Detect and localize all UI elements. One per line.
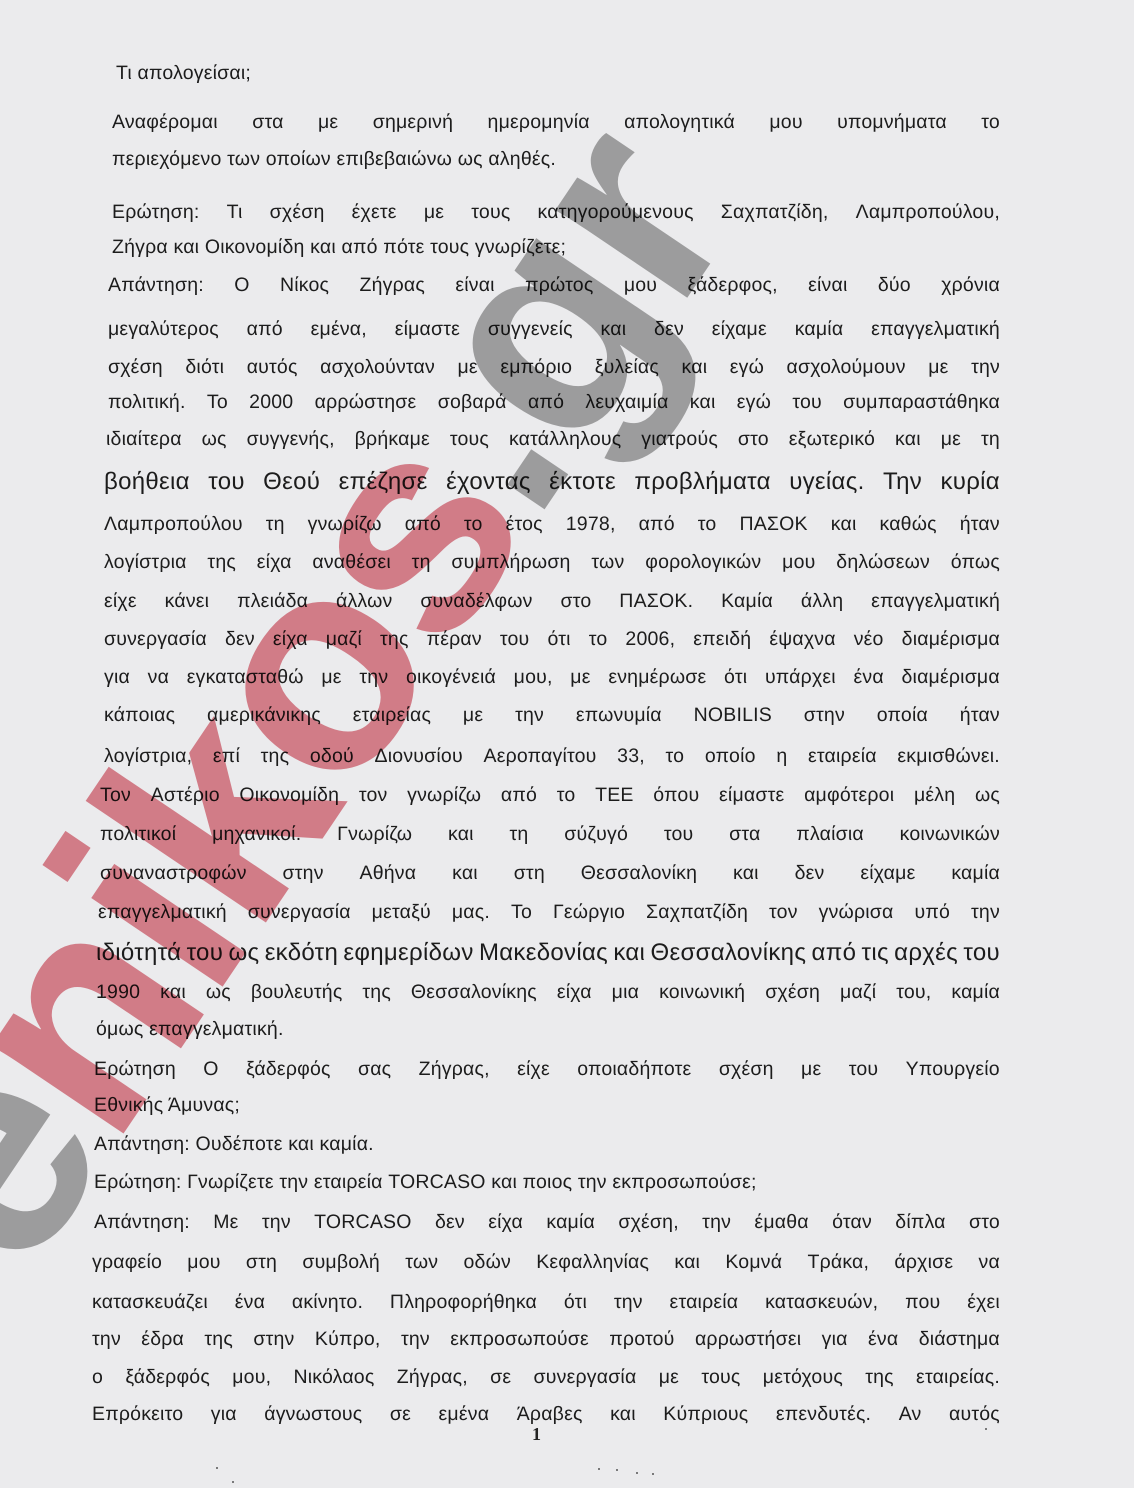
word: Θεσσαλονίκης <box>651 941 807 965</box>
word: στα <box>729 825 760 845</box>
word: σχέση <box>719 1060 774 1080</box>
word: Λαμπροπούλου, <box>856 203 1000 223</box>
word: και <box>733 864 759 884</box>
document-line: τηνέδρατηςστηνΚύπρο,τηνεκπροσωπούσεπροτο… <box>92 1330 1000 1350</box>
word: 1978, <box>566 515 616 535</box>
word: με <box>570 668 590 688</box>
document-line: σχέσηδιότιαυτόςασχολούντανμεεμπόριοξυλεί… <box>108 358 1000 378</box>
word: ως <box>228 941 259 965</box>
document-line: ΕρώτησηΟξάδερφόςσαςΖήγρας,είχεοποιαδήποτ… <box>94 1060 1000 1080</box>
word: κάνει <box>165 592 210 612</box>
word: την <box>359 668 388 688</box>
word: τους <box>701 1368 740 1388</box>
word: έτος <box>506 515 543 535</box>
word: αυτός <box>247 358 298 378</box>
word: την <box>262 1213 291 1233</box>
word: Υπουργείο <box>906 1060 1000 1080</box>
word: κατασκευών, <box>765 1293 878 1313</box>
word: σε <box>390 1405 411 1425</box>
word: τους <box>450 430 489 450</box>
document-line: 1990καιωςβουλευτήςτηςΘεσσαλονίκηςείχαμια… <box>96 983 1000 1003</box>
word: καμία <box>951 864 1000 884</box>
word: ως <box>206 983 231 1003</box>
word: την <box>702 1213 731 1233</box>
word: άλλων <box>336 592 392 612</box>
word: δίπλα <box>895 1213 945 1233</box>
word: στη <box>246 1253 277 1273</box>
word: σύζυγό <box>564 825 628 845</box>
word: σημερινή <box>373 113 453 133</box>
word: συνεργασία <box>248 903 351 923</box>
word: εγώ <box>730 358 764 378</box>
word: για <box>822 1330 848 1350</box>
word: Ερώτηση <box>94 1060 176 1080</box>
word: ΠΑΣΟΚ <box>739 515 807 535</box>
word: κοινωνικών <box>900 825 1000 845</box>
word: με <box>463 706 483 726</box>
word: εταιρεία <box>670 1293 739 1313</box>
word: γιατρούς <box>641 430 718 450</box>
word: συμβολή <box>302 1253 380 1273</box>
word: Αν <box>899 1405 922 1425</box>
word: Άραβες <box>517 1405 583 1425</box>
document-line: Ερώτηση: Γνωρίζετε την εταιρεία TORCASO … <box>94 1173 757 1193</box>
word: εταιρείας <box>353 706 431 726</box>
word: προτού <box>609 1330 674 1350</box>
word: εξωτερικό <box>789 430 875 450</box>
word: οποία <box>877 706 928 726</box>
word: τους <box>471 203 510 223</box>
word: όπως <box>951 553 1000 573</box>
scan-speck <box>636 1472 638 1474</box>
word: μου <box>624 276 657 296</box>
word: της <box>362 983 391 1003</box>
word: σχέση, <box>618 1213 678 1233</box>
word: Θεσσαλονίκης <box>411 983 537 1003</box>
document-line: κάποιαςαμερικάνικηςεταιρείαςμετηνεπωνυμί… <box>104 706 1000 726</box>
word: υπομνήματα <box>837 113 947 133</box>
word: του <box>963 941 1000 965</box>
word: Θεού <box>263 470 320 494</box>
word: Επρόκειτο <box>92 1405 183 1425</box>
word: ένα <box>853 668 883 688</box>
word: αρρώστησε <box>315 393 417 413</box>
document-line: γραφείομουστησυμβολήτωνοδώνΚεφαλληνίαςκα… <box>92 1253 1000 1273</box>
word: το <box>698 515 717 535</box>
word: επωνυμία <box>576 706 662 726</box>
word: αναθέσει <box>312 553 391 573</box>
word: καμία <box>951 983 1000 1003</box>
word: αρχές <box>894 941 958 965</box>
word: δύο <box>878 276 911 296</box>
word: οικογένειά <box>406 668 496 688</box>
word: του <box>187 941 224 965</box>
word: έκτοτε <box>549 470 616 494</box>
word: μια <box>612 983 639 1003</box>
word: πλειάδα <box>237 592 308 612</box>
word: και <box>895 430 921 450</box>
word: την <box>614 1293 643 1313</box>
scan-speck <box>232 1481 234 1483</box>
word: χρόνια <box>941 276 1000 296</box>
document-line: ιδιότητάτουωςεκδότηεφημερίδωνΜακεδονίαςκ… <box>96 941 1000 965</box>
word: εκμισθώνει. <box>897 747 1000 767</box>
word: για <box>211 1405 237 1425</box>
word: Σαχπατζίδη, <box>721 203 829 223</box>
word: είχα <box>488 1213 523 1233</box>
word: Ερώτηση: <box>112 203 200 223</box>
word: έχοντας <box>446 470 531 494</box>
scan-speck <box>652 1473 654 1475</box>
word: εμένα, <box>311 320 367 340</box>
word: σχέση <box>108 358 163 378</box>
word: γνώρισα <box>819 903 894 923</box>
word: εταιρεία <box>808 747 877 767</box>
word: Τι <box>227 203 243 223</box>
word: Ζήγρας, <box>397 1368 468 1388</box>
word: ότι <box>564 1293 587 1313</box>
word: της <box>261 747 290 767</box>
word: την <box>971 358 1000 378</box>
word: Νικόλαος <box>293 1368 374 1388</box>
word: του <box>500 630 530 650</box>
word: TORCASO <box>314 1213 411 1233</box>
word: Την <box>883 470 922 494</box>
word: και <box>452 864 478 884</box>
word: Γεώργιο <box>553 903 625 923</box>
word: από <box>528 393 564 413</box>
word: έψαχνα <box>769 630 835 650</box>
word: επαγγελματική <box>98 903 227 923</box>
word: με <box>941 430 961 450</box>
word: άρχισε <box>894 1253 953 1273</box>
document-line: συνεργασίαδενείχαμαζίτηςπέραντουότιτο200… <box>104 630 1000 650</box>
word: οποίο <box>705 747 756 767</box>
word: με <box>928 358 948 378</box>
word: ιδιαίτερα <box>106 430 182 450</box>
word: πέραν <box>427 630 482 650</box>
word: ήταν <box>960 515 1000 535</box>
word: 2006, <box>625 630 675 650</box>
word: δεν <box>225 630 255 650</box>
word: κυρία <box>941 470 1000 494</box>
word: ένα <box>235 1293 265 1313</box>
word: με <box>318 113 338 133</box>
word: προβλήματα <box>634 470 770 494</box>
word: δεν <box>795 864 825 884</box>
word: Με <box>213 1213 238 1233</box>
word: στη <box>514 864 545 884</box>
word: έχετε <box>352 203 397 223</box>
word: ως <box>975 786 1000 806</box>
document-line: περιεχόμενο των οποίων επιβεβαιώνω ως αλ… <box>112 150 556 170</box>
word: η <box>776 747 787 767</box>
word: κατάλληλους <box>509 430 621 450</box>
word: να <box>979 1253 1000 1273</box>
word: ξάδερφός <box>246 1060 331 1080</box>
word: ακίνητο. <box>292 1293 363 1313</box>
word: ήταν <box>960 706 1000 726</box>
word: Ο <box>203 1060 218 1080</box>
document-line: Ερώτηση:Τισχέσηέχετεμετουςκατηγορούμενου… <box>112 203 1000 223</box>
word: στα <box>252 113 283 133</box>
word: 1990 <box>96 983 140 1003</box>
word: Ζήγρας, <box>419 1060 490 1080</box>
word: στο <box>969 1213 1000 1233</box>
word: όταν <box>832 1213 872 1233</box>
scanned-document-page: Τι απολογείσαι;Αναφέρομαισταμεσημερινήημ… <box>0 0 1134 1488</box>
word: ασχολούμουν <box>787 358 906 378</box>
word: άγνωστους <box>264 1405 362 1425</box>
word: Κύπριους <box>663 1405 748 1425</box>
word: που <box>905 1293 940 1313</box>
word: επί <box>213 747 240 767</box>
word: δεν <box>654 320 684 340</box>
word: και <box>682 358 708 378</box>
word: το <box>464 515 483 535</box>
word: διαμέρισμα <box>901 668 999 688</box>
word: Το <box>207 393 228 413</box>
word: με <box>424 203 444 223</box>
word: επαγγελματική <box>871 320 1000 340</box>
document-line: μεγαλύτεροςαπόεμένα,είμαστεσυγγενείςκαιδ… <box>108 320 1000 340</box>
word: Μακεδονίας <box>479 941 608 965</box>
word: μηχανικοί. <box>212 825 301 845</box>
word: σχέση <box>270 203 325 223</box>
word: επέζησε <box>339 470 428 494</box>
word: Οικονομίδη <box>239 786 339 806</box>
word: Τράκα, <box>807 1253 869 1273</box>
document-line: λογίστριατηςείχααναθέσειτησυμπλήρωσητωνφ… <box>104 553 1000 573</box>
word: των <box>405 1253 438 1273</box>
word: Νίκος <box>280 276 329 296</box>
word: οδού <box>310 747 354 767</box>
word: δεν <box>435 1213 465 1233</box>
word: καμία <box>795 320 844 340</box>
word: συναδέλφων <box>420 592 532 612</box>
word: από <box>501 786 537 806</box>
word: αμερικάνικης <box>207 706 321 726</box>
word: Αθήνα <box>360 864 417 884</box>
word: σοβαρά <box>438 393 507 413</box>
word: μέλη <box>914 786 955 806</box>
word: επειδή <box>693 630 751 650</box>
word: μου, <box>514 668 553 688</box>
word: Διονυσίου <box>375 747 463 767</box>
word: εμένα <box>439 1405 490 1425</box>
word: Καμία <box>721 592 773 612</box>
document-line: συναναστροφώνστηνΑθήνακαιστηΘεσσαλονίκηκ… <box>100 864 1000 884</box>
word: είχα <box>557 983 592 1003</box>
word: τις <box>862 941 889 965</box>
word: ότι <box>724 668 747 688</box>
word: επαγγελματική <box>871 592 1000 612</box>
word: αυτός <box>949 1405 1000 1425</box>
word: να <box>148 668 169 688</box>
scan-speck <box>985 1428 987 1430</box>
word: ως <box>202 430 227 450</box>
word: και <box>601 320 627 340</box>
word: του <box>208 470 245 494</box>
word: συμπαραστάθηκα <box>843 393 1000 413</box>
word: τη <box>981 430 1000 450</box>
word: είχε <box>517 1060 550 1080</box>
word: Γνωρίζω <box>337 825 412 845</box>
document-line: λογίστρια,επίτηςοδούΔιονυσίουΑεροπαγίτου… <box>104 747 1000 767</box>
word: συγγενείς <box>488 320 573 340</box>
word: εφημερίδων <box>343 941 473 965</box>
word: με <box>659 1368 679 1388</box>
word: καθώς <box>879 515 936 535</box>
word: και <box>674 1253 700 1273</box>
word: τη <box>412 553 431 573</box>
word: λογίστρια <box>104 553 187 573</box>
document-line: πολιτικοίμηχανικοί.Γνωρίζωκαιτησύζυγότου… <box>100 825 1000 845</box>
word: υπάρχει <box>765 668 836 688</box>
document-line: Απάντηση:ΟΝίκοςΖήγραςείναιπρώτοςμουξάδερ… <box>108 276 1000 296</box>
document-line: κατασκευάζειέναακίνητο.Πληροφορήθηκαότιτ… <box>92 1293 1000 1313</box>
word: του, <box>896 983 931 1003</box>
document-line: Τι απολογείσαι; <box>116 64 251 84</box>
word: εκδότη <box>265 941 338 965</box>
word: Κομνά <box>725 1253 782 1273</box>
word: βρήκαμε <box>355 430 430 450</box>
word: βοήθεια <box>104 470 190 494</box>
word: Απάντηση: <box>108 276 204 296</box>
word: κοινωνική <box>659 983 745 1003</box>
word: από <box>247 320 283 340</box>
word: με <box>801 1060 821 1080</box>
word: μου <box>769 113 802 133</box>
word: Κύπρο, <box>315 1330 381 1350</box>
word: και <box>690 393 716 413</box>
document-line: ΤονΑστέριοΟικονομίδητονγνωρίζωαπότοΤΕΕόπ… <box>100 786 1000 806</box>
document-line: πολιτική.Το2000αρρώστησεσοβαράαπόλευχαιμ… <box>108 393 1000 413</box>
word: δηλώσεων <box>836 553 930 573</box>
document-line: ΕπρόκειτογιαάγνωστουςσεεμέναΆραβεςκαιΚύπ… <box>92 1405 1000 1425</box>
word: στην <box>253 1330 294 1350</box>
word: Λαμπροπούλου <box>104 515 243 535</box>
word: του <box>664 825 694 845</box>
word: μαζί <box>326 630 362 650</box>
word: τη <box>266 515 285 535</box>
document-line: Εθνικής Άμυνας; <box>94 1096 240 1116</box>
word: στην <box>804 706 845 726</box>
word: σε <box>490 1368 511 1388</box>
word: από <box>812 941 857 965</box>
word: ξάδερφος, <box>688 276 778 296</box>
word: τη <box>510 825 529 845</box>
word: NOBILIS <box>694 706 772 726</box>
word: Σαχπατζίδη <box>646 903 748 923</box>
word: γνωρίζω <box>308 515 382 535</box>
word: άλλη <box>801 592 843 612</box>
document-line: Απάντηση: Ουδέποτε και καμία. <box>94 1135 374 1155</box>
word: και <box>613 941 645 965</box>
word: επενδυτές. <box>776 1405 871 1425</box>
word: διαμέρισμα <box>902 630 1000 650</box>
word: συνεργασία <box>534 1368 637 1388</box>
word: όπου <box>653 786 699 806</box>
word: ότι <box>547 630 570 650</box>
document-line: ιδιαίτεραωςσυγγενής,βρήκαμετουςκατάλληλο… <box>106 430 1000 450</box>
word: διάστημα <box>919 1330 1000 1350</box>
word: και <box>831 515 857 535</box>
word: Αναφέρομαι <box>112 113 218 133</box>
word: μου, <box>232 1368 271 1388</box>
watermark-enikos-gr: enikos.gr <box>0 81 776 1310</box>
word: είχα <box>273 630 308 650</box>
word: Ζήγρας <box>359 276 424 296</box>
word: είναι <box>455 276 494 296</box>
word: της <box>865 1368 894 1388</box>
word: 2000 <box>249 393 293 413</box>
document-line: επαγγελματικήσυνεργασίαμεταξύμας.ΤοΓεώργ… <box>98 903 1000 923</box>
word: το <box>557 786 576 806</box>
word: μεταξύ <box>372 903 431 923</box>
word: Ο <box>234 276 249 296</box>
word: πλαίσια <box>796 825 864 845</box>
word: φορολογικών <box>645 553 761 573</box>
word: στο <box>738 430 769 450</box>
document-line: βοήθειατουΘεούεπέζησεέχονταςέκτοτεπροβλή… <box>104 470 1000 494</box>
word: την <box>971 903 1000 923</box>
word: λευχαιμία <box>585 393 668 413</box>
word: το <box>589 630 608 650</box>
word: Απάντηση: <box>94 1213 190 1233</box>
document-line: Λαμπροπούλουτηγνωρίζωαπότοέτος1978,απότο… <box>104 515 1000 535</box>
word: πολιτική. <box>108 393 186 413</box>
word: Τον <box>100 786 131 806</box>
word: και <box>160 983 186 1003</box>
word: εμπόριο <box>500 358 572 378</box>
word: ιδιότητά <box>96 941 181 965</box>
word: εταιρείας. <box>916 1368 1000 1388</box>
word: συναναστροφών <box>100 864 247 884</box>
word: είναι <box>808 276 847 296</box>
word: σχέση <box>765 983 820 1003</box>
word: είχα <box>257 553 292 573</box>
word: πρώτος <box>525 276 593 296</box>
word: στην <box>283 864 324 884</box>
word: του <box>792 393 822 413</box>
word: έμαθα <box>754 1213 808 1233</box>
word: από <box>639 515 675 535</box>
word: γνωρίζω <box>407 786 481 806</box>
word: την <box>401 1330 430 1350</box>
word: εκπροσωπούσε <box>450 1330 589 1350</box>
word: στο <box>560 592 591 612</box>
word: μου <box>187 1253 220 1273</box>
word: κατασκευάζει <box>92 1293 208 1313</box>
word: ΤΕΕ <box>595 786 634 806</box>
word: του <box>849 1060 879 1080</box>
document-line: όμως επαγγελματική. <box>96 1020 284 1040</box>
word: διότι <box>185 358 224 378</box>
word: κατηγορούμενους <box>538 203 694 223</box>
word: έδρα <box>141 1330 184 1350</box>
word: οδών <box>463 1253 510 1273</box>
word: συγγενής, <box>247 430 335 450</box>
document-line: Αναφέρομαισταμεσημερινήημερομηνίααπολογη… <box>112 113 1000 133</box>
word: 33, <box>617 747 645 767</box>
word: είμαστε <box>719 786 784 806</box>
word: μου <box>782 553 815 573</box>
word: λογίστρια, <box>104 747 192 767</box>
scan-speck <box>216 1467 218 1469</box>
document-line: οξάδερφόςμου,ΝικόλαοςΖήγρας,σεσυνεργασία… <box>92 1368 1000 1388</box>
document-line: είχεκάνειπλειάδαάλλωνσυναδέλφωνστοΠΑΣΟΚ.… <box>104 592 1000 612</box>
